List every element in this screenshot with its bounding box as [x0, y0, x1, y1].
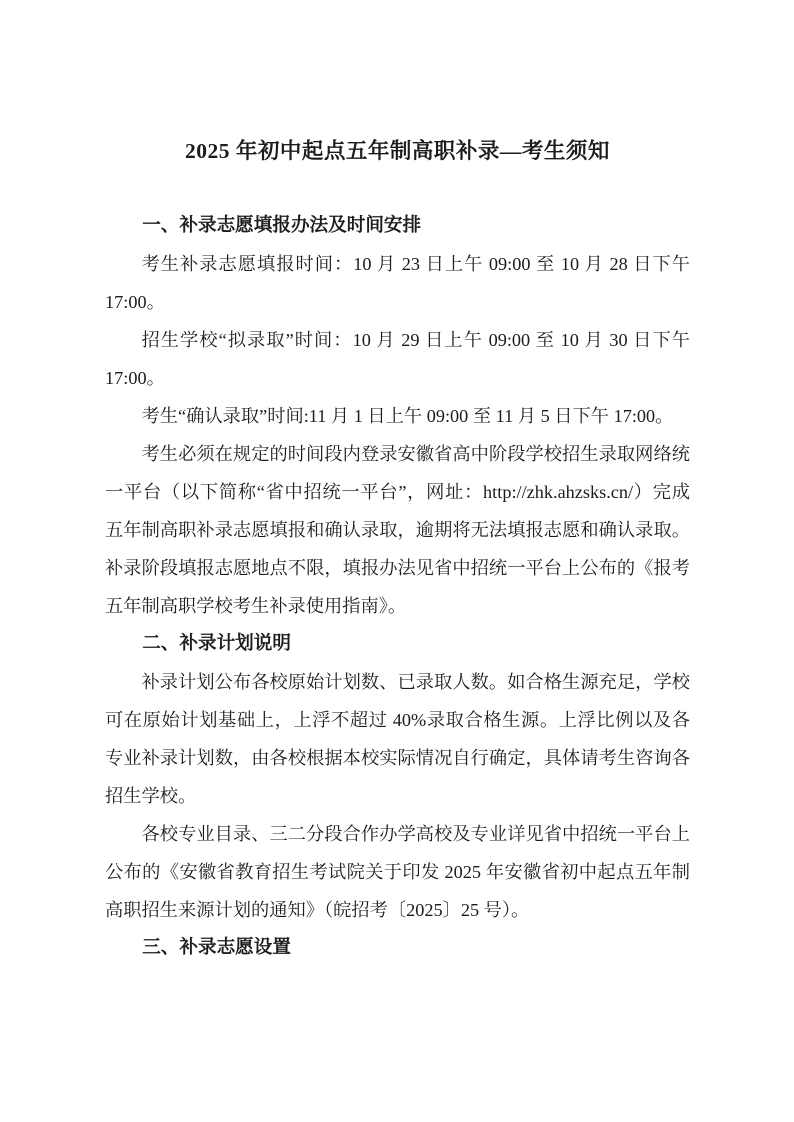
section-3-heading: 三、补录志愿设置 — [105, 929, 690, 967]
document-title: 2025 年初中起点五年制高职补录—考生须知 — [105, 132, 690, 170]
section-volunteer-settings: 三、补录志愿设置 — [105, 929, 690, 967]
section-1-heading: 一、补录志愿填报办法及时间安排 — [105, 207, 690, 245]
section-volunteer-filing: 一、补录志愿填报办法及时间安排 考生补录志愿填报时间：10 月 23 日上午 0… — [105, 207, 690, 625]
section-2-heading: 二、补录计划说明 — [105, 625, 690, 663]
section-1-paragraph-filing-time: 考生补录志愿填报时间：10 月 23 日上午 09:00 至 10 月 28 日… — [105, 245, 690, 321]
section-plan-description: 二、补录计划说明 补录计划公布各校原始计划数、已录取人数。如合格生源充足，学校可… — [105, 625, 690, 929]
section-1-paragraph-pre-admission-time: 招生学校“拟录取”时间：10 月 29 日上午 09:00 至 10 月 30 … — [105, 321, 690, 397]
section-2-paragraph-plan-quota: 补录计划公布各校原始计划数、已录取人数。如合格生源充足，学校可在原始计划基础上，… — [105, 663, 690, 815]
section-1-paragraph-confirm-time: 考生“确认录取”时间:11 月 1 日上午 09:00 至 11 月 5 日下午… — [105, 397, 690, 435]
document-page: 2025 年初中起点五年制高职补录—考生须知 一、补录志愿填报办法及时间安排 考… — [0, 0, 794, 1122]
title-spacer — [105, 170, 690, 207]
section-2-paragraph-catalog-notice: 各校专业目录、三二分段合作办学高校及专业详见省中招统一平台上公布的《安徽省教育招… — [105, 815, 690, 929]
section-1-paragraph-platform-instructions: 考生必须在规定的时间段内登录安徽省高中阶段学校招生录取网络统一平台（以下简称“省… — [105, 435, 690, 625]
